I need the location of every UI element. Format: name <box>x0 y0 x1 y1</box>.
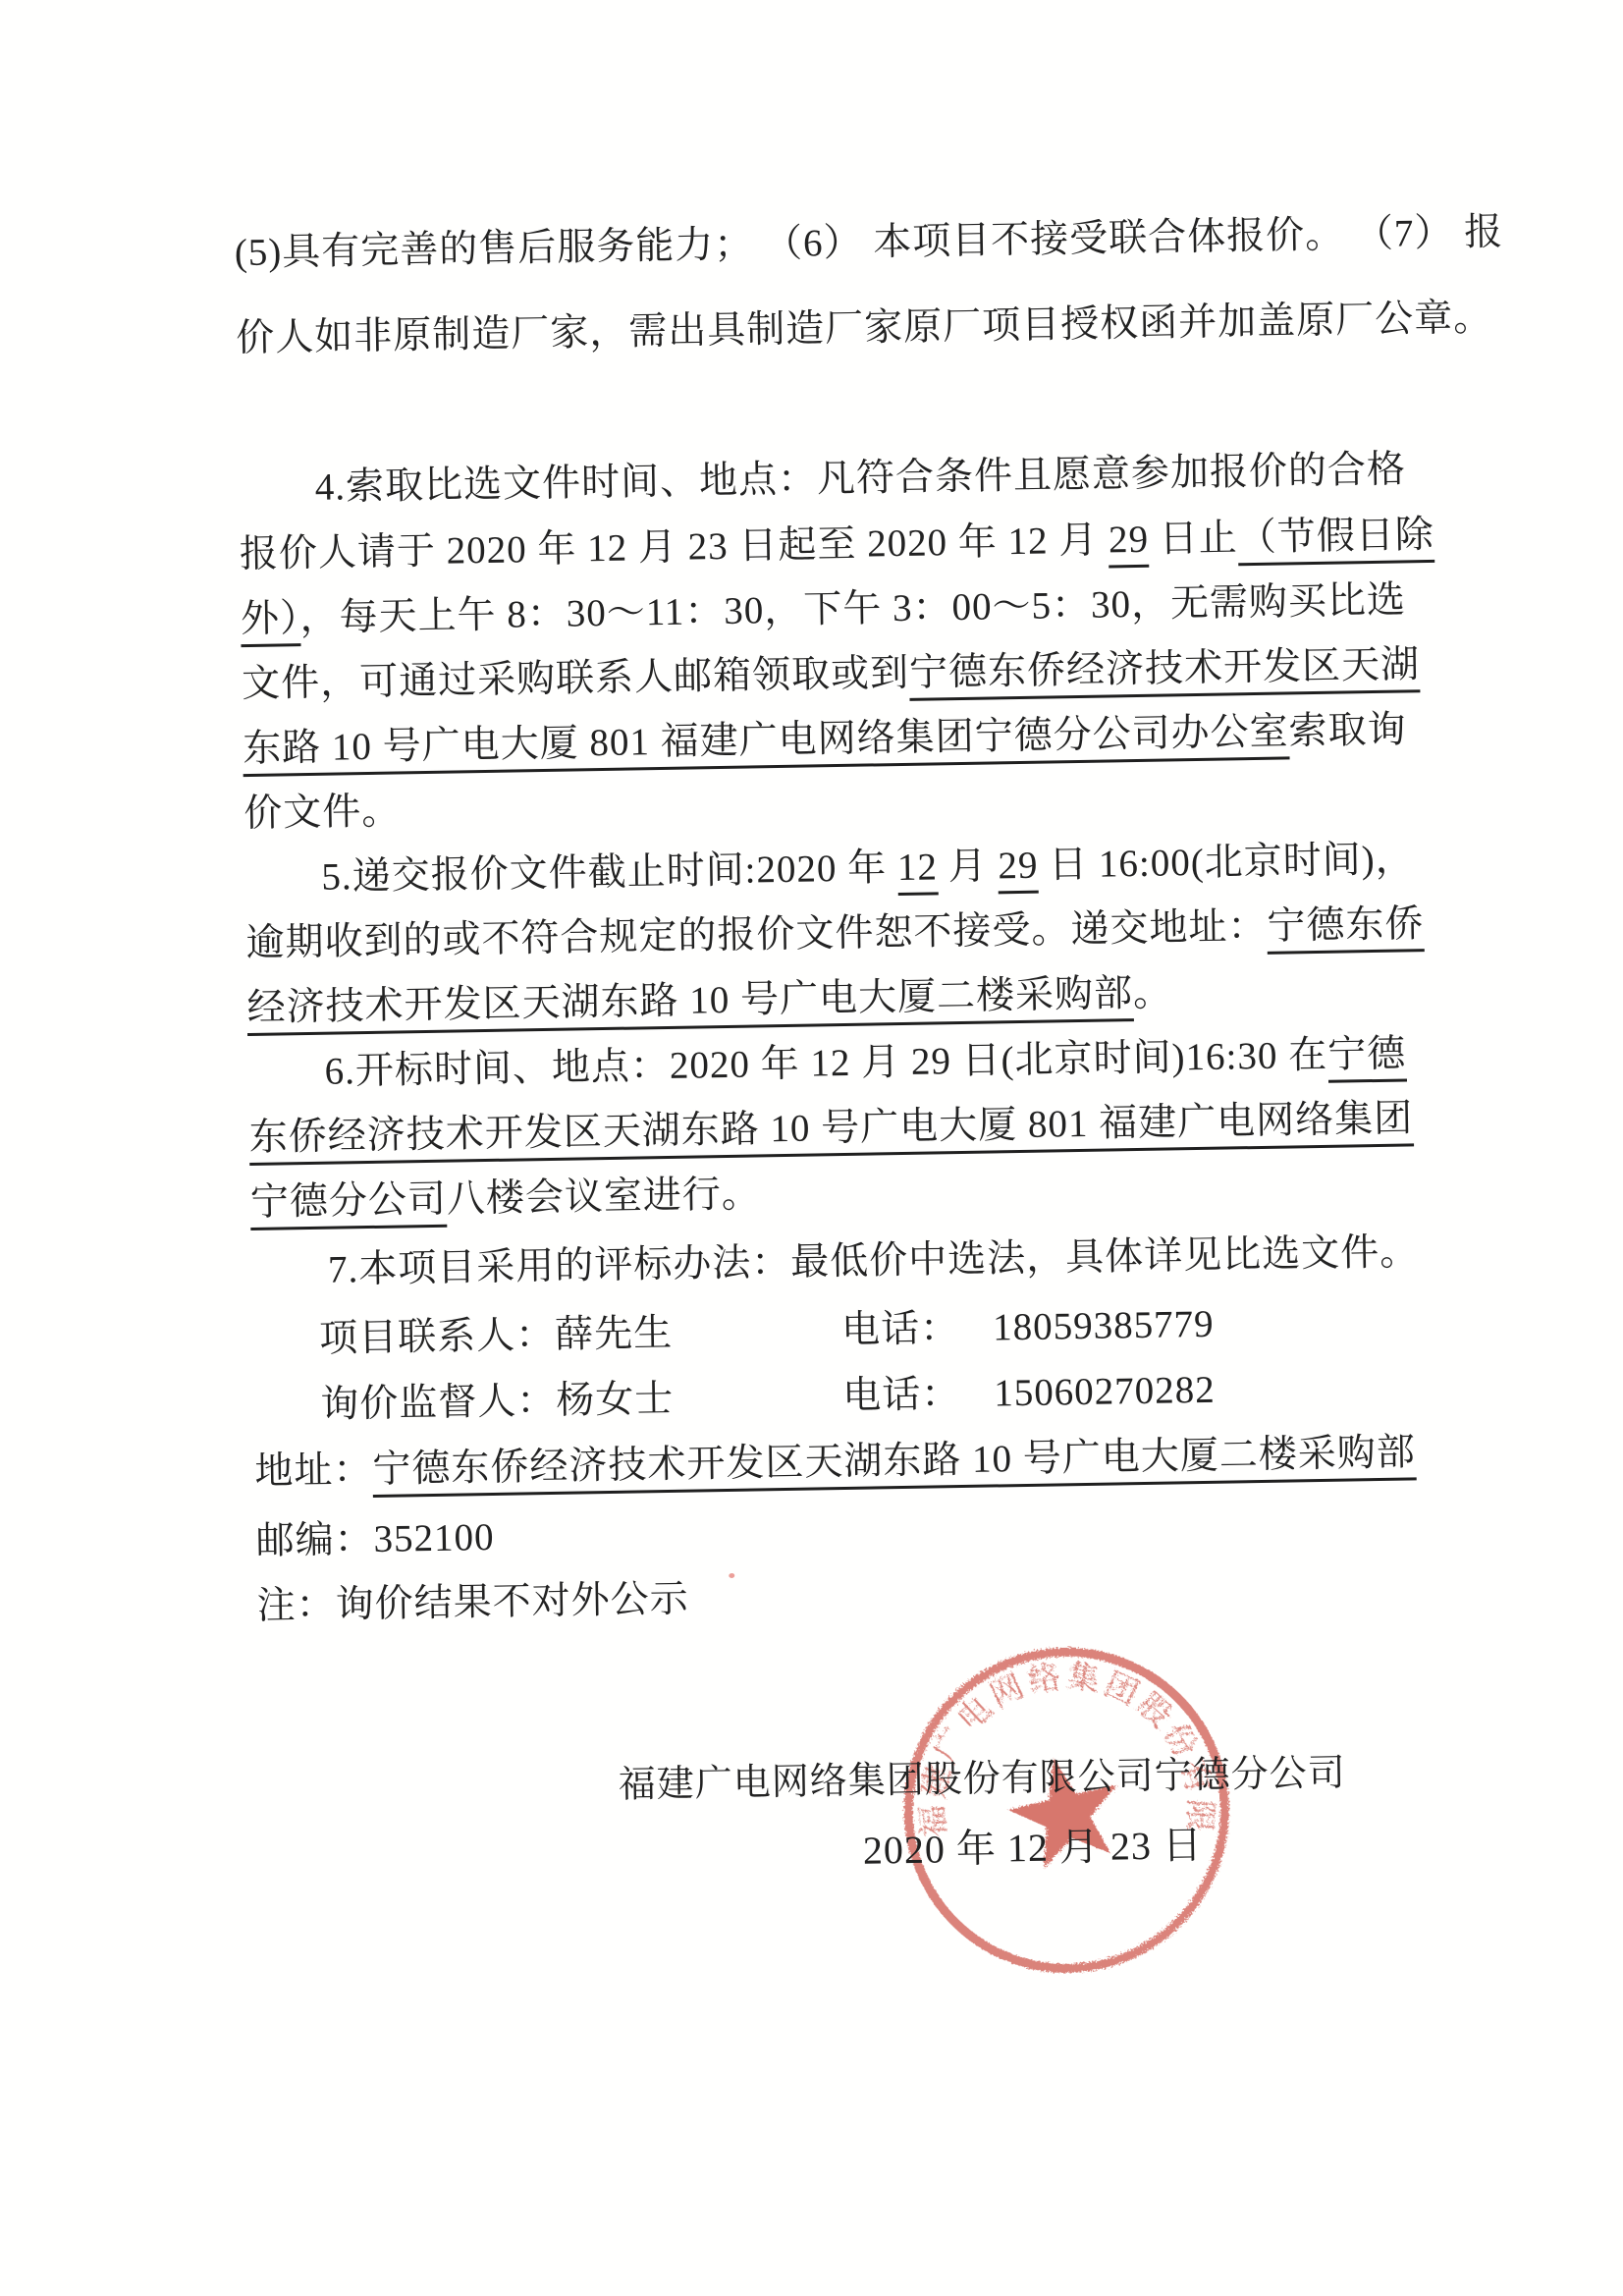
underlined-text: 宁德东侨 <box>1267 902 1425 955</box>
contact-row-supervisor: 询价监督人：杨女士电话：15060270282 <box>320 1371 1216 1424</box>
section-6-line-3: 宁德分公司八楼会议室进行。 <box>250 1175 762 1222</box>
document-page: (5)具有完善的售后服务能力； （6） 本项目不接受联合体报价。 （7） 报 价… <box>0 0 1623 2296</box>
section-6-line-1: 6.开标时间、地点：2020 年 12 月 29 日(北京时间)16:30 在宁… <box>324 1034 1406 1090</box>
contact-person-label: 项目联系人：薛先生 <box>319 1311 842 1358</box>
company-seal-stamp: 福建广电网络集团股份有限公司 <box>887 1625 1246 2014</box>
postcode-line: 邮编：352100 <box>255 1518 495 1560</box>
note-line: 注：询价结果不对外公示 <box>256 1580 689 1625</box>
conditions-line-1: (5)具有完善的售后服务能力； （6） 本项目不接受联合体报价。 （7） 报 <box>235 213 1504 272</box>
section-6-line-2: 东侨经济技术开发区天湖东路 10 号广电大厦 801 福建广电网络集团 <box>248 1099 1413 1157</box>
signature-date: 2020 年 12 月 23 日 <box>863 1826 1204 1871</box>
phone-label: 电话： <box>841 1307 960 1351</box>
underlined-text: 东侨经济技术开发区天湖东路 10 号广电大厦 801 福建广电网络集团 <box>248 1097 1413 1166</box>
section-4-line-2: 报价人请于 2020 年 12 月 23 日起至 2020 年 12 月 29 … <box>240 516 1435 574</box>
underlined-text: 外） <box>241 597 300 647</box>
underlined-text: 12 <box>897 846 939 896</box>
underlined-text: 宁德东侨经济技术开发区天湖 <box>909 643 1421 701</box>
text-segment: 月 <box>938 845 999 888</box>
text-segment: 报价人请于 2020 年 12 月 23 日起至 2020 年 12 月 <box>240 519 1109 575</box>
section-5-line-2: 逾期收到的或不符合规定的报价文件恕不接受。递交地址：宁德东侨 <box>245 904 1425 962</box>
underlined-text: 东路 10 号广电大厦 801 福建广电网络集团宁德分公司办公室 <box>243 710 1289 777</box>
section-5-line-3: 经济技术开发区天湖东路 10 号广电大厦二楼采购部。 <box>246 973 1172 1027</box>
red-ink-speck <box>729 1573 734 1578</box>
underlined-text: 宁德 <box>1327 1032 1407 1082</box>
section-4-line-1: 4.索取比选文件时间、地点：凡符合条件且愿意参加报价的合格 <box>315 450 1407 506</box>
section-7-line-1: 7.本项目采用的评标办法：最低价中选法，具体详见比选文件。 <box>328 1232 1420 1288</box>
address-value: 宁德东侨经济技术开发区天湖东路 10 号广电大厦二楼采购部 <box>372 1431 1416 1498</box>
text-segment: 日 16:00(北京时间)， <box>1038 838 1415 886</box>
conditions-line-2: 价人如非原制造厂家，需出具制造厂家原厂项目授权函并加盖原厂公章。 <box>236 299 1492 357</box>
section-5-line-1: 5.递交报价文件截止时间:2020 年 12 月 29 日 16:00(北京时间… <box>321 840 1415 896</box>
text-segment: 日止 <box>1149 517 1238 560</box>
text-segment: 索取询 <box>1288 708 1407 752</box>
text-segment: 。 <box>1133 971 1173 1014</box>
supervisor-label: 询价监督人：杨女士 <box>320 1377 843 1424</box>
contact-row-project: 项目联系人：薛先生电话：18059385779 <box>319 1305 1215 1358</box>
underlined-text: （节假日除 <box>1237 514 1434 566</box>
underlined-text: 经济技术开发区天湖东路 10 号广电大厦二楼采购部 <box>246 972 1133 1036</box>
text-segment: 逾期收到的或不符合规定的报价文件恕不接受。递交地址： <box>245 905 1268 964</box>
address-label: 地址： <box>254 1449 373 1493</box>
underlined-text: 29 <box>1109 519 1150 569</box>
text-segment: 6.开标时间、地点：2020 年 12 月 29 日(北京时间)16:30 在 <box>324 1034 1327 1093</box>
underlined-text: 宁德分公司 <box>250 1178 448 1230</box>
section-4-line-3: 外），每天上午 8：30～11：30，下午 3：00～5：30，无需购买比选 <box>241 580 1407 638</box>
phone-number: 15060270282 <box>994 1369 1216 1415</box>
phone-label: 电话： <box>842 1373 961 1417</box>
notice-body: (5)具有完善的售后服务能力； （6） 本项目不接受联合体报价。 （7） 报 价… <box>0 0 1623 2296</box>
section-4-line-4: 文件，可通过采购联系人邮箱领取或到宁德东侨经济技术开发区天湖 <box>242 645 1421 703</box>
phone-number: 18059385779 <box>993 1303 1215 1349</box>
text-segment: 八楼会议室进行。 <box>447 1173 762 1220</box>
section-4-line-5: 东路 10 号广电大厦 801 福建广电网络集团宁德分公司办公室索取询 <box>243 710 1407 768</box>
text-segment: 文件，可通过采购联系人邮箱领取或到 <box>242 652 910 705</box>
text-segment: ，每天上午 8：30～11：30，下午 3：00～5：30，无需购买比选 <box>299 578 1406 639</box>
underlined-text: 29 <box>998 845 1039 895</box>
section-4-line-6: 价文件。 <box>243 792 402 833</box>
text-segment: 5.递交报价文件截止时间:2020 年 <box>321 847 897 899</box>
address-line: 地址：宁德东侨经济技术开发区天湖东路 10 号广电大厦二楼采购部 <box>254 1433 1416 1491</box>
